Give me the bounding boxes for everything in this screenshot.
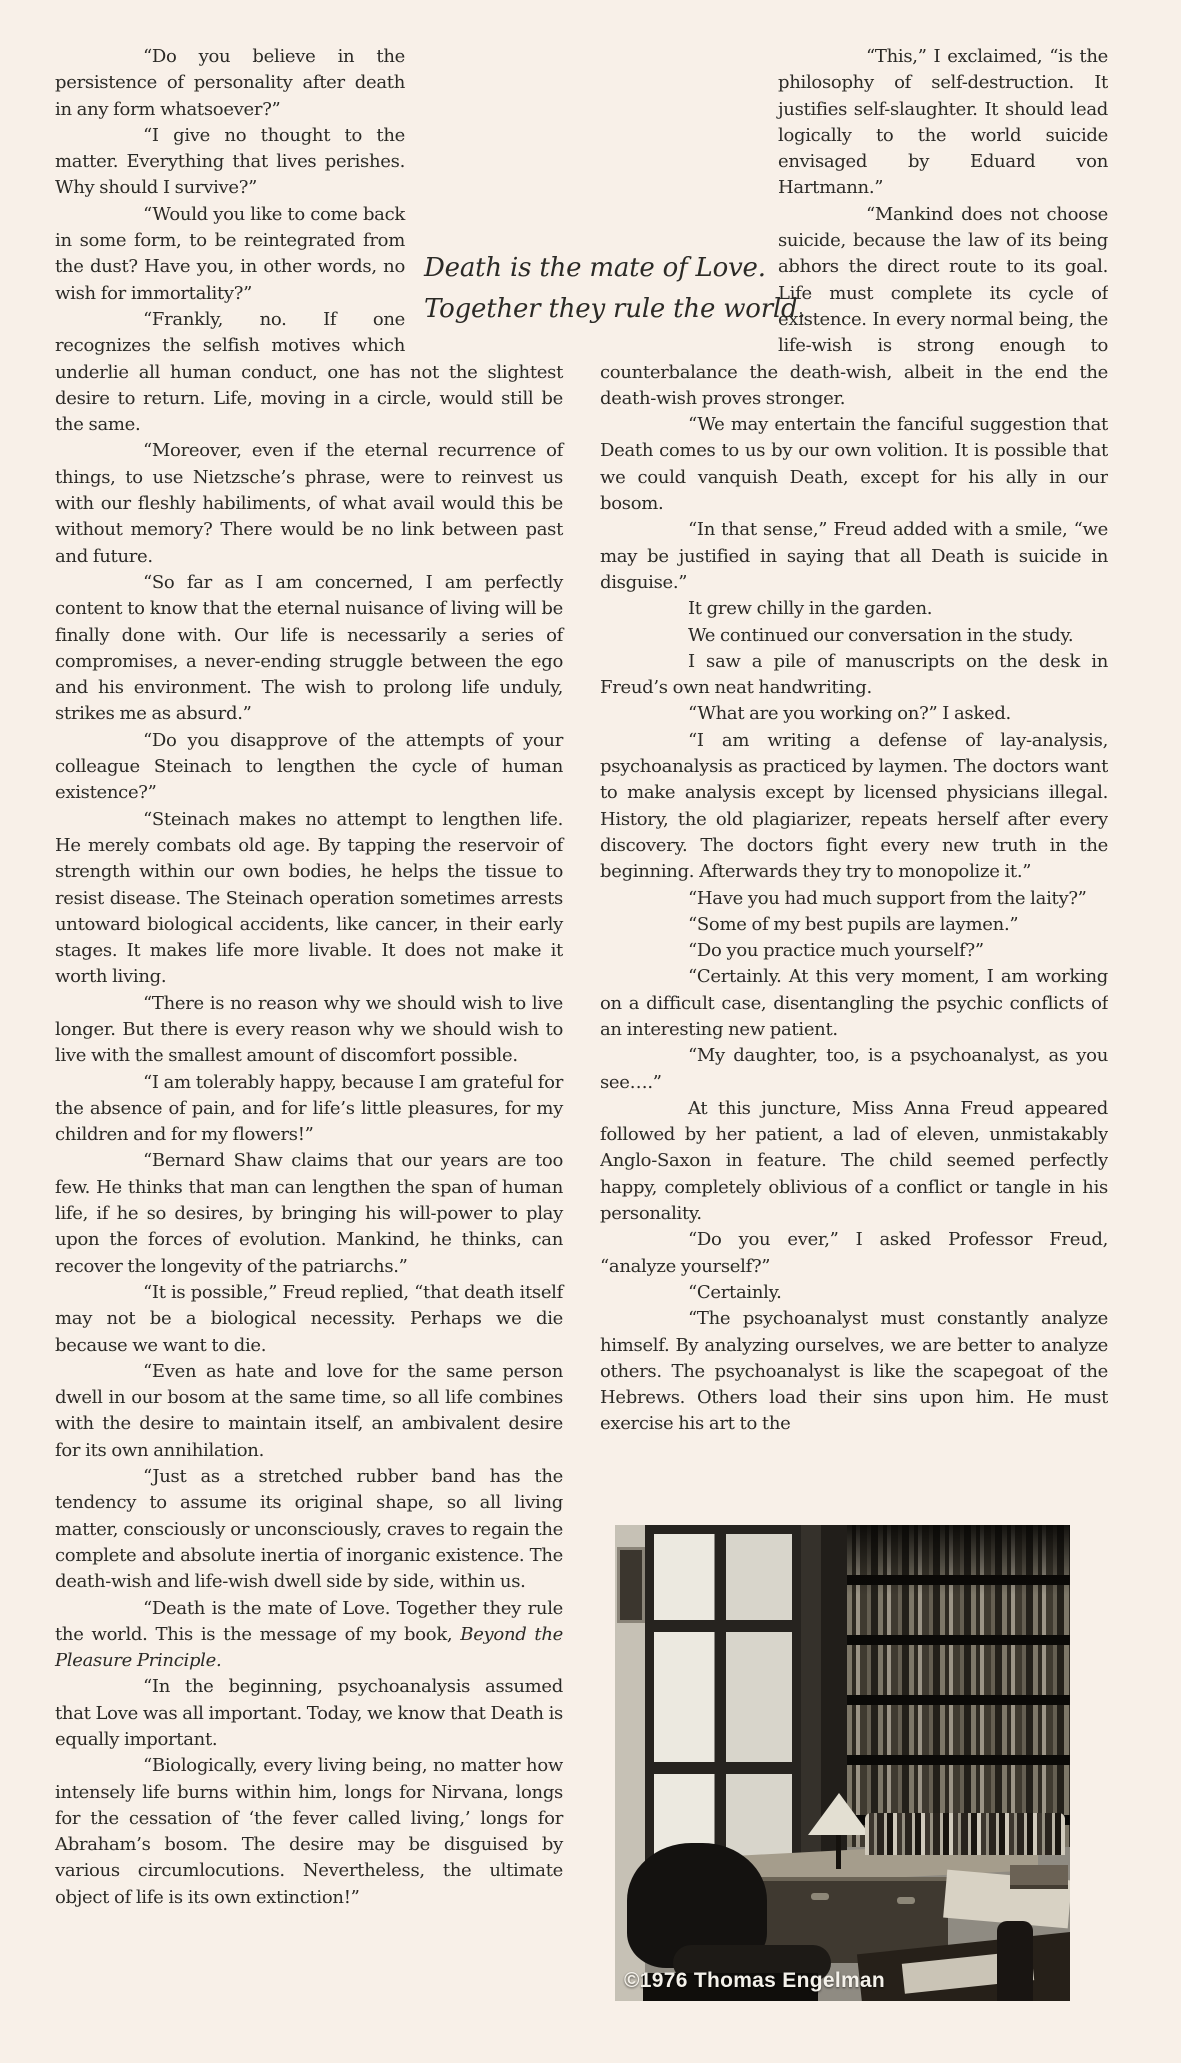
paragraph: “Some of my best pupils are laymen.” xyxy=(600,912,1108,938)
photo-window xyxy=(645,1525,801,1875)
photo-drawer-handle xyxy=(811,1893,829,1900)
paragraph: “Do you believe in the persistence of pe… xyxy=(55,44,563,123)
paragraph: “What are you working on?” I asked. xyxy=(600,701,1108,727)
paragraph: “Do you disapprove of the attempts of yo… xyxy=(55,728,563,807)
photo-book xyxy=(1010,1865,1068,1885)
paragraph: “Do you ever,” I asked Professor Freud, … xyxy=(600,1227,1108,1280)
paragraph: “Steinach makes no attempt to lengthen l… xyxy=(55,807,563,991)
photo-picture-frame xyxy=(617,1547,645,1623)
paragraph: We continued our conversation in the stu… xyxy=(600,623,1108,649)
paragraph: “Even as hate and love for the same pers… xyxy=(55,1359,563,1464)
paragraph: “Just as a stretched rubber band has the… xyxy=(55,1464,563,1595)
photo-drawer-handle xyxy=(897,1897,915,1904)
study-photo: ©1976 Thomas Engelman xyxy=(615,1525,1070,2001)
photo-bookshelf xyxy=(847,1525,1070,1847)
paragraph: “Certainly. At this very moment, I am wo… xyxy=(600,964,1108,1043)
paragraph: “In that sense,” Freud added with a smil… xyxy=(600,517,1108,596)
paragraph: “I am writing a defense of lay-analysis,… xyxy=(600,728,1108,886)
paragraph: “Death is the mate of Love. Together the… xyxy=(55,1596,563,1675)
paragraph: “There is no reason why we should wish t… xyxy=(55,991,563,1070)
photo-figurines-row xyxy=(865,1813,1065,1855)
paragraph: At this juncture, Miss Anna Freud appear… xyxy=(600,1096,1108,1227)
paragraph: “Do you practice much yourself?” xyxy=(600,938,1108,964)
paragraph: “My daughter, too, is a psychoanalyst, a… xyxy=(600,1043,1108,1096)
paragraph: “So far as I am concerned, I am perfectl… xyxy=(55,570,563,728)
paragraph: “The psychoanalyst must constantly analy… xyxy=(600,1306,1108,1437)
paragraph: “We may entertain the fanciful suggestio… xyxy=(600,412,1108,517)
pull-quote: Death is the mate of Love. Together they… xyxy=(424,248,806,330)
photo-lamp-stem xyxy=(836,1835,841,1869)
paragraph: I saw a pile of manuscripts on the desk … xyxy=(600,649,1108,702)
paragraph: “Bernard Shaw claims that our years are … xyxy=(55,1148,563,1279)
paragraph: “This,” I exclaimed, “is the philosophy … xyxy=(600,44,1108,202)
photo-statuette xyxy=(997,1921,1033,2001)
pull-quote-line-1: Death is the mate of Love. xyxy=(424,248,806,289)
paragraph: “Moreover, even if the eternal recurrenc… xyxy=(55,438,563,569)
pull-quote-line-2: Together they rule the world. xyxy=(424,289,806,330)
paragraph: “It is possible,” Freud replied, “that d… xyxy=(55,1280,563,1359)
magazine-page: “Do you believe in the persistence of pe… xyxy=(0,0,1181,2063)
paragraph: It grew chilly in the garden. xyxy=(600,596,1108,622)
paragraph: “In the beginning, psychoanalysis assume… xyxy=(55,1674,563,1753)
photo-credit: ©1976 Thomas Engelman xyxy=(624,1969,885,1993)
paragraph: “Have you had much support from the lait… xyxy=(600,886,1108,912)
paragraph: “Biologically, every living being, no ma… xyxy=(55,1753,563,1911)
paragraph: “Certainly. xyxy=(600,1280,1108,1306)
paragraph: “I am tolerably happy, because I am grat… xyxy=(55,1070,563,1149)
paragraph: “I give no thought to the matter. Everyt… xyxy=(55,123,563,202)
photo-window-panes xyxy=(654,1534,792,1866)
